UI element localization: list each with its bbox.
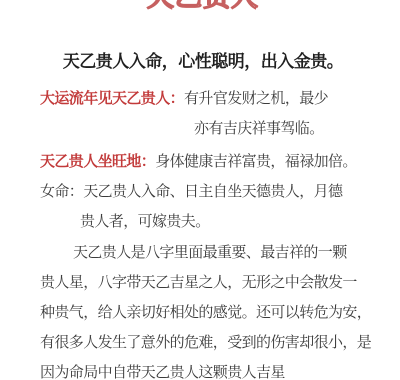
entry-dayun-continuation: 亦有吉庆祥事驾临。 [194,113,366,143]
paragraph-line-5: 因为命局中自带天乙贵人这颗贵人吉星 [40,357,366,380]
entry-nvming-label: 女命： [40,182,83,200]
page-title: 天乙贵人 [40,0,366,11]
entry-dayun-line: 大运流年见天乙贵人：有升官发财之机，最少 [40,83,366,113]
article-page: 天乙贵人 天乙贵人入命，心性聪明，出入金贵。 大运流年见天乙贵人：有升官发财之机… [0,0,400,380]
entry-wangdi-label: 天乙贵人坐旺地： [40,152,155,170]
paragraph-line-2: 贵人星，八字带天乙吉星之人，无形之中会散发一 [40,267,366,297]
entry-wangdi-line: 天乙贵人坐旺地：身体健康吉祥富贵，福禄加倍。 [40,146,366,176]
entry-wangdi-text: 身体健康吉祥富贵，福禄加倍。 [155,152,357,170]
paragraph-line-1: 天乙贵人是八字里面最重要、最吉祥的一颗 [40,237,366,267]
paragraph-line-3: 种贵气，给人亲切好相处的感觉。还可以转危为安， [40,297,366,327]
entry-dayun-text: 有升官发财之机，最少 [184,89,328,107]
entry-nvming: 女命：天乙贵人入命、日主自坐天德贵人，月德 贵人者，可嫁贵夫。 [40,176,366,236]
entry-dayun-label: 大运流年见天乙贵人： [40,89,184,107]
body-paragraph: 天乙贵人是八字里面最重要、最吉祥的一颗 贵人星，八字带天乙吉星之人，无形之中会散… [40,237,366,380]
entry-nvming-continuation: 贵人者，可嫁贵夫。 [80,206,366,236]
entry-nvming-text: 天乙贵人入命、日主自坐天德贵人，月德 [83,182,342,200]
intro-summary: 天乙贵人入命，心性聪明，出入金贵。 [40,47,366,72]
paragraph-line-4: 有很多人发生了意外的危难，受到的伤害却很小，是 [40,327,366,357]
entry-nvming-line: 女命：天乙贵人入命、日主自坐天德贵人，月德 [40,176,366,206]
entry-dayun: 大运流年见天乙贵人：有升官发财之机，最少 亦有吉庆祥事驾临。 [40,83,366,143]
entry-wangdi: 天乙贵人坐旺地：身体健康吉祥富贵，福禄加倍。 [40,146,366,176]
